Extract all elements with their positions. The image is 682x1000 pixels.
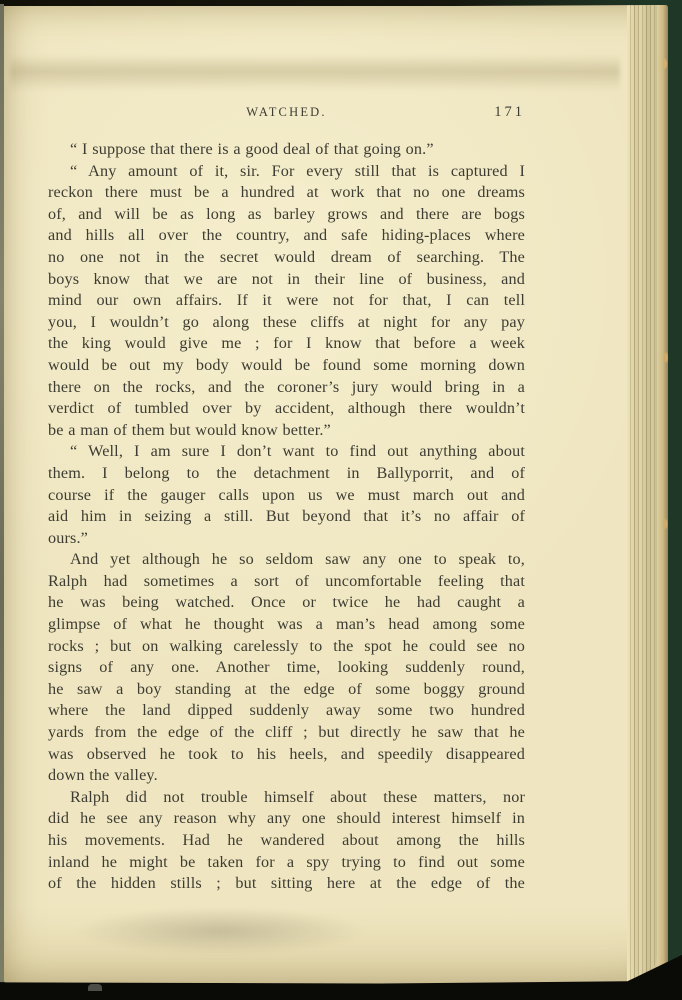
text-line: course if the gauger calls upon us we mu… <box>48 485 525 507</box>
scan-shadow-bottom <box>45 900 435 962</box>
text-line: rocks ; but on walking carelessly to the… <box>48 636 525 658</box>
text-line: And yet although he so seldom saw any on… <box>48 549 525 571</box>
text-line: Ralph had sometimes a sort of uncomforta… <box>48 571 525 593</box>
page-number: 171 <box>494 103 525 121</box>
page-fore-edge-outer <box>657 5 668 984</box>
scan-shadow-top <box>10 55 620 91</box>
text-line: yards from the edge of the cliff ; but d… <box>48 722 525 744</box>
text-line: you, I wouldn’t go along these cliffs at… <box>48 312 525 334</box>
scan-bottom-clip <box>88 984 102 991</box>
running-header-title: WATCHED. <box>48 103 525 121</box>
text-line: mind our own affairs. If it were not for… <box>48 290 525 312</box>
text-line: no one not in the secret would dream of … <box>48 247 525 269</box>
text-line: boys know that we are not in their line … <box>48 269 525 291</box>
text-body: “ I suppose that there is a good deal of… <box>48 139 525 895</box>
text-line: there on the rocks, and the coroner’s ju… <box>48 377 525 399</box>
text-line: did he see any reason why any one should… <box>48 808 525 830</box>
text-line: where the land dipped suddenly away some… <box>48 700 525 722</box>
text-line: down the valley. <box>48 765 525 787</box>
text-line: ours.” <box>48 528 525 550</box>
scanned-book-page: WATCHED. 171 “ I suppose that there is a… <box>0 0 682 1000</box>
text-line: inland he might be taken for a spy tryin… <box>48 852 525 874</box>
text-line: reckon there must be a hundred at work t… <box>48 182 525 204</box>
text-line: would be out my body would be found some… <box>48 355 525 377</box>
text-line: “ Well, I am sure I don’t want to find o… <box>48 441 525 463</box>
scan-top-edge <box>0 0 650 6</box>
text-line: signs of any one. Another time, looking … <box>48 657 525 679</box>
scan-left-edge <box>0 4 4 982</box>
page-fore-edge-stack <box>627 5 657 984</box>
text-line: verdict of tumbled over by accident, alt… <box>48 398 525 420</box>
text-line: “ I suppose that there is a good deal of… <box>48 139 525 161</box>
text-line: and hills all over the country, and safe… <box>48 225 525 247</box>
running-header: WATCHED. 171 <box>48 103 525 121</box>
text-line: of, and will be as long as barley grows … <box>48 204 525 226</box>
text-line: glimpse of what he thought was a man’s h… <box>48 614 525 636</box>
text-line: he saw a boy standing at the edge of som… <box>48 679 525 701</box>
text-line: “ Any amount of it, sir. For every still… <box>48 161 525 183</box>
text-line: the king would give me ; for I know that… <box>48 333 525 355</box>
text-line: his movements. Had he wandered about amo… <box>48 830 525 852</box>
text-line: was observed he took to his heels, and s… <box>48 744 525 766</box>
text-line: aid him in seizing a still. But beyond t… <box>48 506 525 528</box>
text-line: Ralph did not trouble himself about thes… <box>48 787 525 809</box>
text-line: be a man of them but would know better.” <box>48 420 525 442</box>
text-line: of the hidden stills ; but sitting here … <box>48 873 525 895</box>
text-line: he was being watched. Once or twice he h… <box>48 592 525 614</box>
text-line: them. I belong to the detachment in Ball… <box>48 463 525 485</box>
